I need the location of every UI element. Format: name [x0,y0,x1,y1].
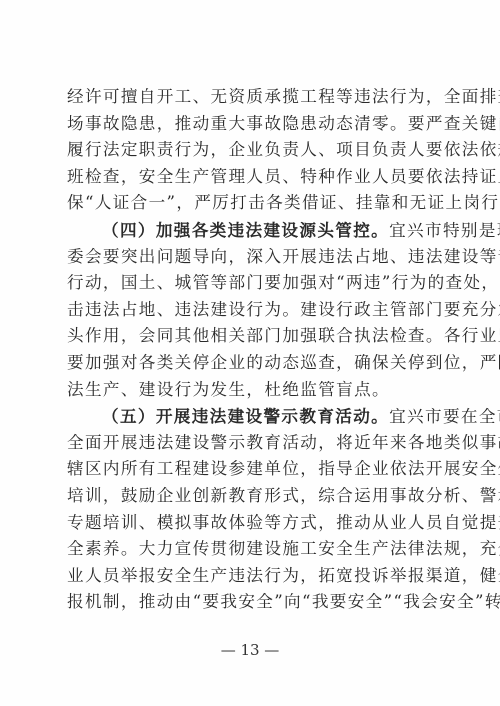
section-4-first-line-text: 宜兴市特别是环科园管 [389,221,500,240]
text-line: 培训，鼓励企业创新教育形式，综合运用事故分析、警示教育、 [67,483,439,510]
text-line: 报机制，推动由“要我安全”向“我要安全”“我会安全”转变。 [67,589,439,616]
text-line: 业人员举报安全生产违法行为，拓宽投诉举报渠道，健全投诉举 [67,563,439,590]
text-line: 要加强对各类关停企业的动态巡查，确保关停到位，严防各类违 [67,350,439,377]
section-5-first-line-text: 宜兴市要在全市范围内 [389,407,500,426]
page-number: — 13 — [0,641,500,659]
text-line: 保“人证合一”，严厉打击各类借证、挂靠和无证上岗行为。 [67,190,439,217]
text-line: 全素养。大力宣传贯彻建设施工安全生产法律法规，充分发动从 [67,536,439,563]
body-text: 经许可擅自开工、无资质承揽工程等违法行为，全面排查施工现 场事故隐患，推动重大事… [67,84,439,616]
text-line: 经许可擅自开工、无资质承揽工程等违法行为，全面排查施工现 [67,84,439,111]
text-line: 班检查，安全生产管理人员、特种作业人员要依法持证上岗，确 [67,164,439,191]
text-line: 履行法定职责行为，企业负责人、项目负责人要依法依规开展带 [67,137,439,164]
text-line: 全面开展违法建设警示教育活动，将近年来各地类似事故通报至 [67,430,439,457]
section-5-first-line: （五）开展违法建设警示教育活动。宜兴市要在全市范围内 [67,403,439,430]
text-line: 专题培训、模拟事故体验等方式，推动从业人员自觉提升自身安 [67,510,439,537]
section-4-first-line: （四）加强各类违法建设源头管控。宜兴市特别是环科园管 [67,217,439,244]
text-line: 击违法占地、违法建设行为。建设行政主管部门要充分发挥好牵 [67,297,439,324]
text-line: 头作用，会同其他相关部门加强联合执法检查。各行业监管部门 [67,323,439,350]
text-line: 法生产、建设行为发生，杜绝监管盲点。 [67,377,439,404]
text-line: 场事故隐患，推动重大事故隐患动态清零。要严查关键岗位人员 [67,111,439,138]
section-4-heading: （四）加强各类违法建设源头管控。 [102,220,389,240]
document-page: 经许可擅自开工、无资质承揽工程等违法行为，全面排查施工现 场事故隐患，推动重大事… [0,0,500,706]
text-line: 行动，国土、城管等部门要加强对“两违”行为的查处，严厉打 [67,270,439,297]
text-line: 辖区内所有工程建设参建单位，指导企业依法开展安全生产教育 [67,456,439,483]
section-5-heading: （五）开展违法建设警示教育活动。 [102,406,389,426]
text-line: 委会要突出问题导向，深入开展违法占地、违法建设等专项整治 [67,244,439,271]
